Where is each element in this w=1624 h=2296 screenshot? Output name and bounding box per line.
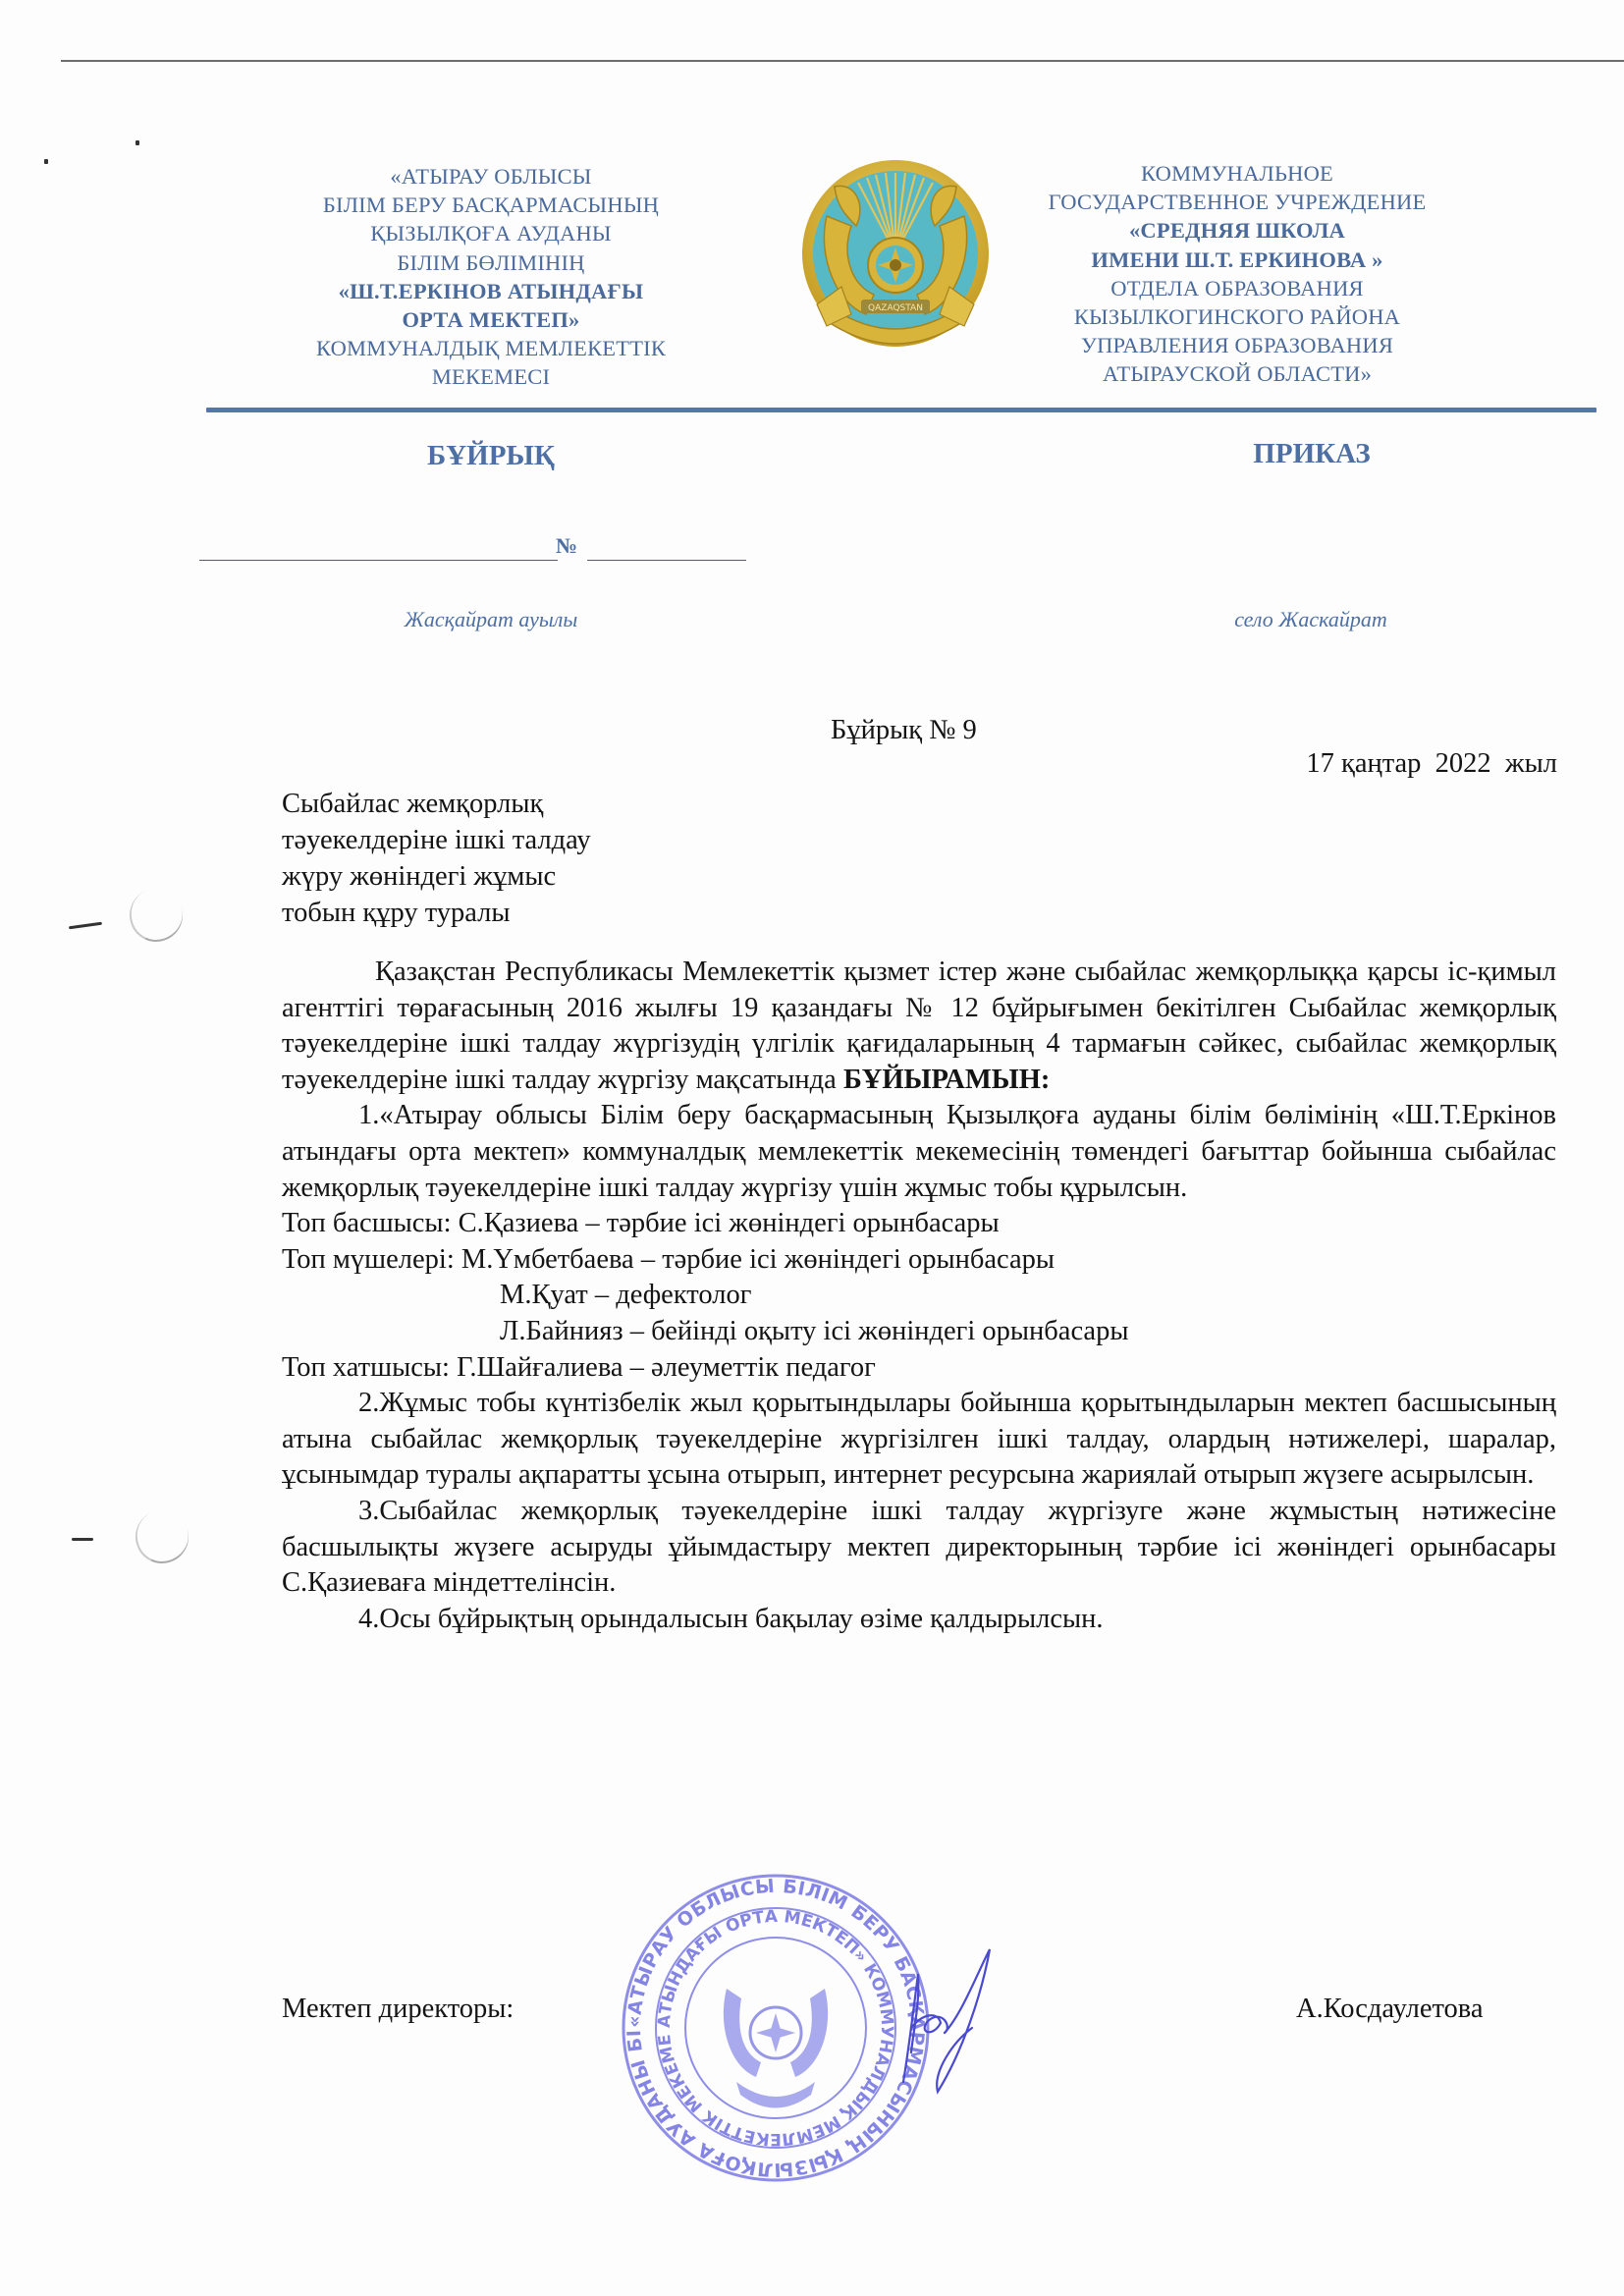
header-left-line: БІЛІМ БӨЛІМІНІҢ <box>265 248 717 277</box>
order-number: Бұйрық № 9 <box>831 715 977 746</box>
group-head: Топ басшысы: С.Қазиева – тәрбие ісі жөні… <box>282 1206 1556 1242</box>
preamble-paragraph: Қазақстан Республикасы Мемлекеттік қызме… <box>282 955 1556 1098</box>
margin-scan-mark <box>72 1538 93 1541</box>
item-3-paragraph: 3.Сыбайлас жемқорлық тәуекелдеріне ішкі … <box>282 1494 1556 1602</box>
group-member: Л.Байнияз – бейінді оқыту ісі жөніндегі … <box>282 1314 1556 1350</box>
page-top-border-line <box>61 60 1624 62</box>
header-right-line: УПРАВЛЕНИЯ ОБРАЗОВАНИЯ <box>1001 331 1473 359</box>
header-right-line: «СРЕДНЯЯ ШКОЛА <box>1001 216 1473 245</box>
order-subject: Сыбайлас жемқорлық тәуекелдеріне ішкі та… <box>282 786 591 931</box>
place-russian: село Жаскайрат <box>1134 607 1488 632</box>
doc-type-russian: ПРИКАЗ <box>1164 438 1459 470</box>
group-member: М.Қуат – дефектолог <box>282 1278 1556 1314</box>
punch-hole-mark <box>128 1503 195 1570</box>
header-right-line: ИМЕНИ Ш.Т. ЕРКИНОВА » <box>1001 246 1473 274</box>
header-right-line: АТЫРАУСКОЙ ОБЛАСТИ» <box>1001 359 1473 388</box>
header-right-line: КОММУНАЛЬНОЕ <box>1001 159 1473 188</box>
subject-line: тәуекелдеріне ішкі талдау <box>282 822 591 858</box>
header-right-line: КЫЗЫЛКОГИНСКОГО РАЙОНА <box>1001 302 1473 331</box>
header-left-line: БІЛІМ БЕРУ БАСҚАРМАСЫНЫҢ <box>265 191 717 219</box>
order-body: Қазақстан Республикасы Мемлекеттік қызме… <box>282 955 1556 1637</box>
subject-line: Сыбайлас жемқорлық <box>282 786 591 822</box>
signature-role: Мектеп директоры: <box>282 1994 514 2025</box>
svg-text:QAZAQSTAN: QAZAQSTAN <box>868 303 923 313</box>
order-date: 17 қаңтар 2022 жыл <box>1080 748 1557 780</box>
number-sign: № <box>556 533 577 559</box>
group-members-first: Топ мүшелері: М.Үмбетбаева – тәрбие ісі … <box>282 1242 1556 1279</box>
header-left-line: ҚЫЗЫЛҚОҒА АУДАНЫ <box>265 219 717 247</box>
scan-speck <box>44 159 48 164</box>
header-left-line: «АТЫРАУ ОБЛЫСЫ <box>265 162 717 191</box>
item-4-paragraph: 4.Осы бұйрықтың орындалысын бақылау өзім… <box>282 1602 1556 1638</box>
header-left-line: «Ш.Т.ЕРКІНОВ АТЫНДАҒЫ <box>265 277 717 305</box>
margin-scan-mark <box>69 922 102 930</box>
subject-line: тобын құру туралы <box>282 895 591 931</box>
header-kazakh-institution-name: «АТЫРАУ ОБЛЫСЫ БІЛІМ БЕРУ БАСҚАРМАСЫНЫҢ … <box>265 162 717 392</box>
doc-type-kazakh: БҰЙРЫҚ <box>344 440 638 472</box>
scan-speck <box>135 140 139 145</box>
signature-name: А.Косдаулетова <box>1296 1994 1484 2025</box>
date-blank-line <box>199 560 558 561</box>
order-verb: БҰЙЫРАМЫН: <box>843 1065 1050 1095</box>
header-left-line: ОРТА МЕКТЕП» <box>265 305 717 334</box>
item-1-paragraph: 1.«Атырау облысы Білім беру басқармасыны… <box>282 1098 1556 1206</box>
header-russian-institution-name: КОММУНАЛЬНОЕ ГОСУДАРСТВЕННОЕ УЧРЕЖДЕНИЕ … <box>1001 159 1473 389</box>
kazakhstan-state-emblem-icon: QAZAQSTAN <box>797 157 994 354</box>
header-right-line: ГОСУДАРСТВЕННОЕ УЧРЕЖДЕНИЕ <box>1001 188 1473 216</box>
punch-hole-mark <box>122 881 189 949</box>
place-kazakh: Жасқайрат ауылы <box>314 607 668 632</box>
header-right-line: ОТДЕЛА ОБРАЗОВАНИЯ <box>1001 274 1473 302</box>
director-signature <box>884 1935 1011 2102</box>
group-secretary: Топ хатшысы: Г.Шайғалиева – әлеуметтік п… <box>282 1350 1556 1387</box>
item-2-paragraph: 2.Жұмыс тобы күнтізбелік жыл қорытындыла… <box>282 1386 1556 1494</box>
header-left-line: КОММУНАЛДЫҚ МЕМЛЕКЕТТІК <box>265 334 717 362</box>
number-blank-line <box>587 560 746 561</box>
header-left-line: МЕКЕМЕСІ <box>265 362 717 391</box>
subject-line: жүру жөніндегі жұмыс <box>282 858 591 895</box>
header-divider-rule <box>206 408 1597 412</box>
